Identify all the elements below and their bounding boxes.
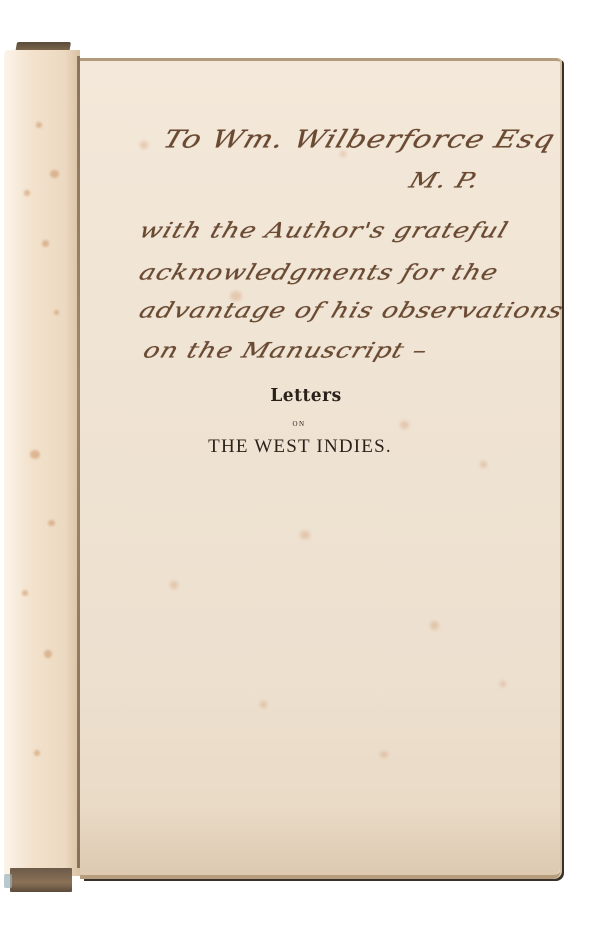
foxing-spot [34, 750, 40, 756]
printed-title: Letters ON THE WEST INDIES. [80, 386, 560, 458]
page-edge-toning [80, 805, 560, 875]
foxing-spot [170, 581, 178, 589]
foxing-spot [22, 590, 28, 596]
inscription-line: on the Manuscript – [140, 339, 431, 364]
foxing-spot [36, 122, 42, 128]
foxing-spot [30, 450, 40, 459]
inscription-line: To Wm. Wilberforce Esq [159, 125, 559, 154]
foxing-spot [50, 170, 59, 178]
foxing-spot [54, 310, 59, 315]
inscription-line: M. P. [406, 169, 483, 194]
inscription-line: with the Author's grateful [136, 219, 512, 244]
foxing-spot [430, 621, 439, 630]
foxing-spot [300, 531, 310, 539]
foxing-spot [24, 190, 30, 196]
handwritten-inscription: To Wm. Wilberforce Esq M. P. with the Au… [140, 118, 550, 368]
inscription-line: acknowledgments for the [136, 261, 502, 286]
foxing-spot [260, 701, 267, 708]
foxing-spot [380, 751, 388, 758]
foxing-spot [480, 461, 487, 468]
foxing-spot [500, 681, 506, 687]
inscription-line: advantage of his observations [136, 299, 567, 324]
photo-scene: To Wm. Wilberforce Esq M. P. with the Au… [0, 0, 616, 940]
foxing-spot [42, 240, 49, 247]
title-letters: Letters [270, 386, 341, 407]
title-main: THE WEST INDIES. [40, 436, 560, 458]
foxing-spot [48, 520, 55, 526]
cover-board-bottom [10, 868, 72, 892]
foxing-spot [44, 650, 52, 658]
title-on: ON [38, 420, 560, 428]
flyleaf-left [4, 50, 80, 876]
